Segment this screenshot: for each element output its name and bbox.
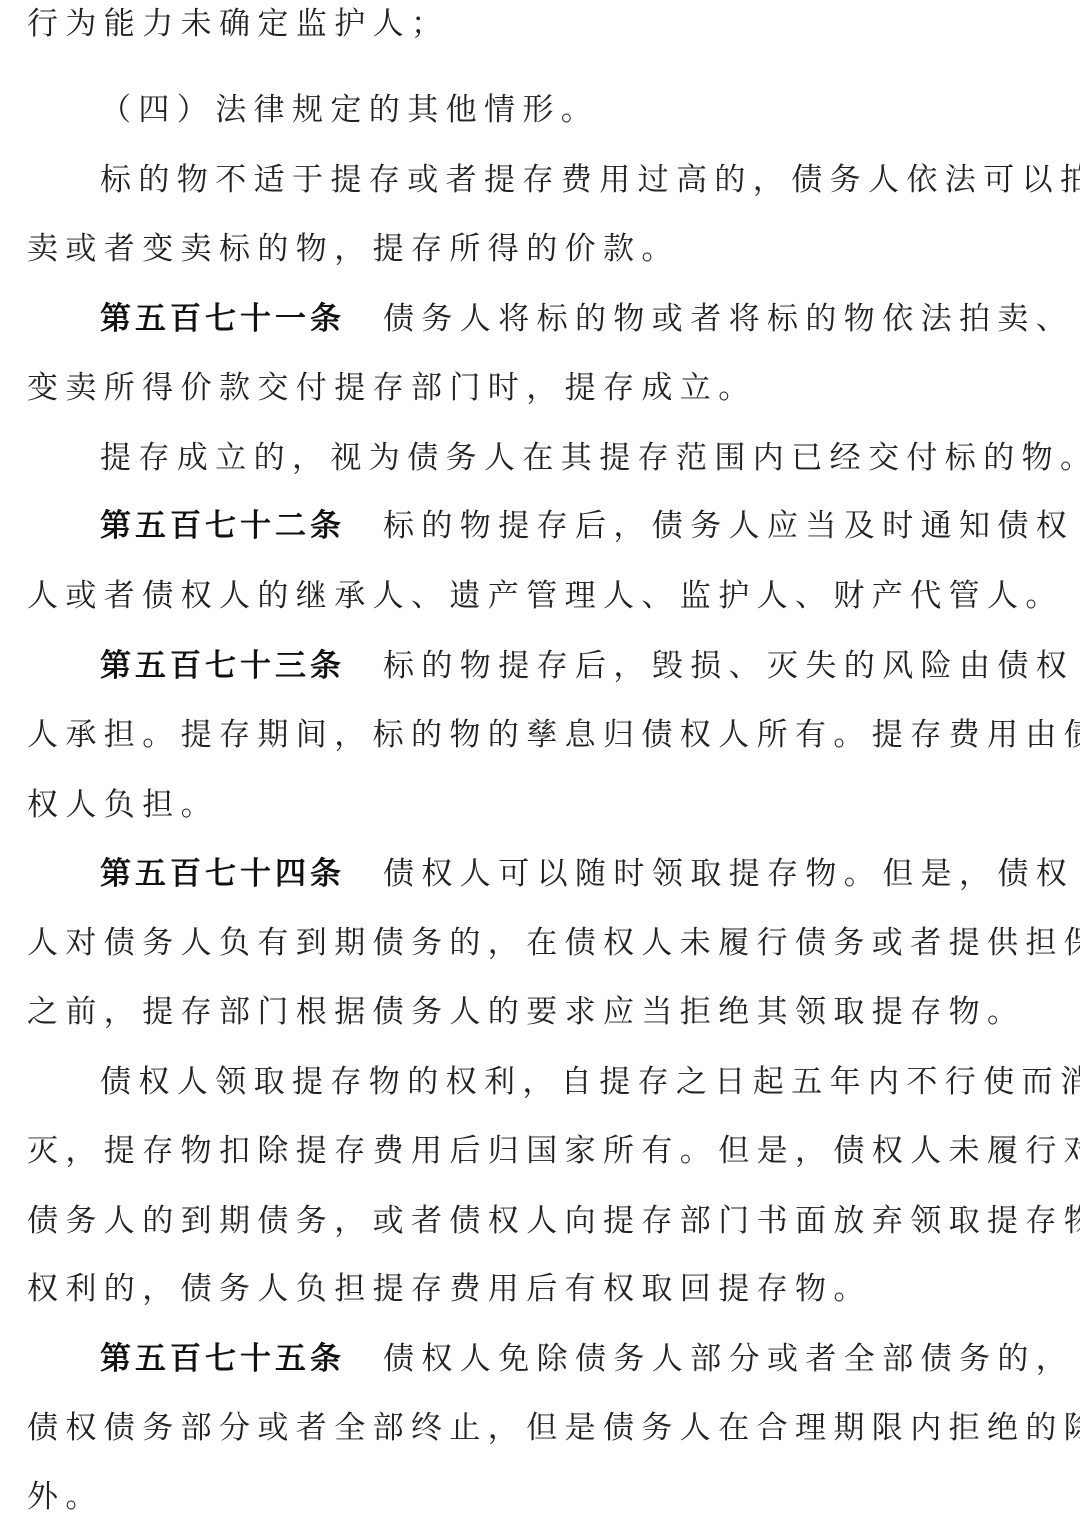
text-line: 变卖所得价款交付提存部门时，提存成立。: [27, 366, 1067, 410]
text-line: 提存成立的，视为债务人在其提存范围内已经交付标的物。: [100, 436, 1070, 480]
text-line: 债务人的到期债务，或者债权人向提存部门书面放弃领取提存物: [27, 1199, 1067, 1243]
text-line: 行为能力未确定监护人；: [27, 2, 1067, 46]
line-text: 债权债务部分或者全部终止，但是债务人在合理期限内拒绝的除: [27, 1410, 1080, 1446]
line-text: 债权人可以随时领取提存物。但是，债权: [383, 856, 1074, 892]
text-line: 外。: [27, 1475, 1067, 1516]
text-line: 债权人领取提存物的权利，自提存之日起五年内不行使而消: [100, 1060, 1070, 1104]
line-text: 权利的，债务人负担提存费用后有权取回提存物。: [27, 1271, 872, 1307]
line-text: 卖或者变卖标的物，提存所得的价款。: [27, 231, 680, 267]
article-575-heading-line: 第五百七十五条债权人免除债务人部分或者全部债务的，: [100, 1337, 1070, 1381]
document-page: 行为能力未确定监护人； （四）法律规定的其他情形。 标的物不适于提存或者提存费用…: [0, 0, 1080, 1516]
text-line: 权利的，债务人负担提存费用后有权取回提存物。: [27, 1267, 1067, 1311]
line-text: 外。: [27, 1479, 104, 1515]
line-text: 人承担。提存期间，标的物的孳息归债权人所有。提存费用由债: [27, 717, 1080, 753]
article-number: 第五百七十一条: [100, 301, 345, 337]
text-line: （四）法律规定的其他情形。: [100, 88, 1070, 132]
line-text: 标的物提存后，债务人应当及时通知债权: [383, 508, 1074, 544]
line-text: 标的物提存后，毁损、灭失的风险由债权: [383, 648, 1074, 684]
line-text: 人或者债权人的继承人、遗产管理人、监护人、财产代管人。: [27, 578, 1064, 614]
text-line: 之前，提存部门根据债务人的要求应当拒绝其领取提存物。: [27, 990, 1067, 1034]
article-number: 第五百七十二条: [100, 508, 345, 544]
line-text: 权人负担。: [27, 787, 219, 823]
article-number: 第五百七十五条: [100, 1341, 345, 1377]
article-573-heading-line: 第五百七十三条标的物提存后，毁损、灭失的风险由债权: [100, 644, 1070, 688]
text-line: 债权债务部分或者全部终止，但是债务人在合理期限内拒绝的除: [27, 1406, 1067, 1450]
text-line: 人对债务人负有到期债务的，在债权人未履行债务或者提供担保: [27, 921, 1067, 965]
line-text: 债务人的到期债务，或者债权人向提存部门书面放弃领取提存物: [27, 1203, 1080, 1239]
article-number: 第五百七十三条: [100, 648, 345, 684]
text-line: 标的物不适于提存或者提存费用过高的，债务人依法可以拍: [100, 158, 1070, 202]
line-text: 变卖所得价款交付提存部门时，提存成立。: [27, 370, 757, 406]
article-572-heading-line: 第五百七十二条标的物提存后，债务人应当及时通知债权: [100, 504, 1070, 548]
article-571-heading-line: 第五百七十一条债务人将标的物或者将标的物依法拍卖、: [100, 297, 1070, 341]
line-text: 之前，提存部门根据债务人的要求应当拒绝其领取提存物。: [27, 994, 1025, 1030]
line-text: 灭，提存物扣除提存费用后归国家所有。但是，债权人未履行对: [27, 1133, 1080, 1169]
text-line: 灭，提存物扣除提存费用后归国家所有。但是，债权人未履行对: [27, 1129, 1067, 1173]
line-text: （四）法律规定的其他情形。: [100, 92, 599, 128]
text-line: 人或者债权人的继承人、遗产管理人、监护人、财产代管人。: [27, 574, 1067, 618]
line-text: 提存成立的，视为债务人在其提存范围内已经交付标的物。: [100, 440, 1080, 476]
text-line: 卖或者变卖标的物，提存所得的价款。: [27, 227, 1067, 271]
text-line: 人承担。提存期间，标的物的孳息归债权人所有。提存费用由债: [27, 713, 1067, 757]
article-number: 第五百七十四条: [100, 856, 345, 892]
text-line: 权人负担。: [27, 783, 1067, 827]
line-text: 人对债务人负有到期债务的，在债权人未履行债务或者提供担保: [27, 925, 1080, 961]
line-text: 行为能力未确定监护人；: [27, 6, 449, 42]
line-text: 债权人领取提存物的权利，自提存之日起五年内不行使而消: [100, 1064, 1080, 1100]
line-text: 债务人将标的物或者将标的物依法拍卖、: [383, 301, 1074, 337]
line-text: 标的物不适于提存或者提存费用过高的，债务人依法可以拍: [100, 162, 1080, 198]
line-text: 债权人免除债务人部分或者全部债务的，: [383, 1341, 1074, 1377]
article-574-heading-line: 第五百七十四条债权人可以随时领取提存物。但是，债权: [100, 852, 1070, 896]
